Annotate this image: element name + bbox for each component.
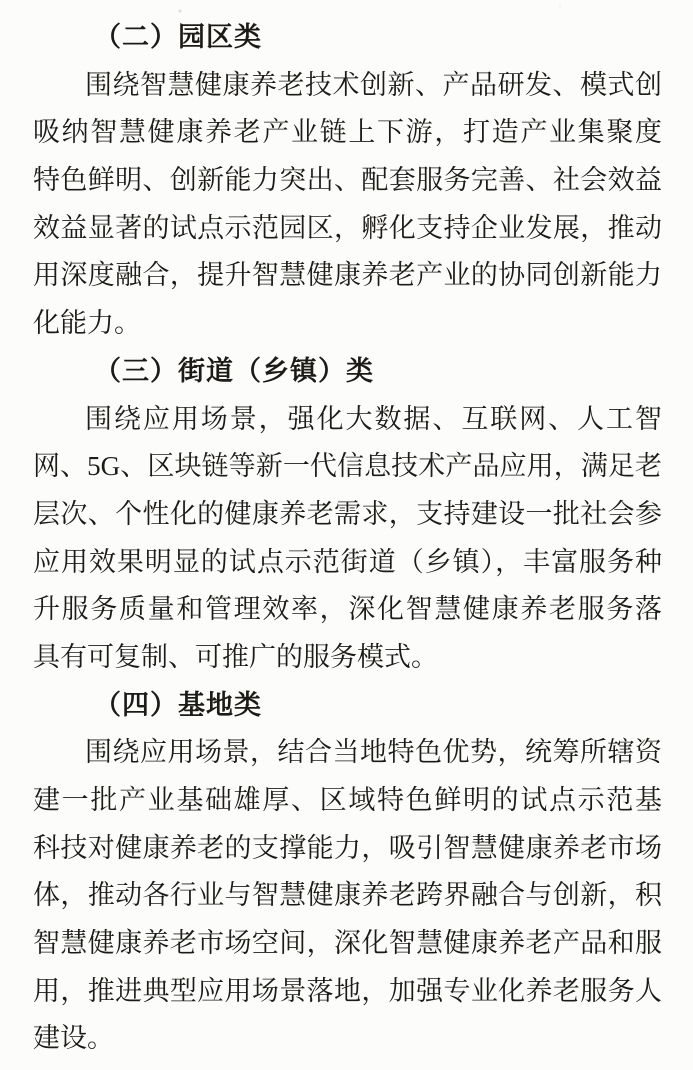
text-line: 体，推动各行业与智慧健康养老跨界融合与创新，积极拓展 [33, 872, 662, 920]
text-line: 围绕智慧健康养老技术创新、产品研发、模式创新等， [33, 62, 662, 110]
text-line: 网、5G、区块链等新一代信息技术产品应用，满足老年人多 [33, 443, 662, 491]
section-park-category: （二）园区类 围绕智慧健康养老技术创新、产品研发、模式创新等， 吸纳智慧健康养老… [33, 14, 662, 348]
text-line: 用深度融合，提升智慧健康养老产业的协同创新能力和产业 [33, 252, 662, 300]
text-line: 用，推进典型应用场景落地，加强专业化养老服务人才队伍 [33, 968, 662, 1016]
scanned-document-page: （二）园区类 围绕智慧健康养老技术创新、产品研发、模式创新等， 吸纳智慧健康养老… [0, 0, 693, 1070]
text-line: 围绕应用场景，结合当地特色优势，统筹所辖资源，创 [33, 729, 662, 777]
text-line: 围绕应用场景，强化大数据、互联网、人工智能、物联 [33, 396, 662, 444]
section-base-category: （四）基地类 围绕应用场景，结合当地特色优势，统筹所辖资源，创 建一批产业基础雄… [33, 682, 662, 1064]
text-line: 建设。 [33, 1015, 662, 1063]
text-line: 具有可复制、可推广的服务模式。 [33, 634, 662, 682]
text-line: 科技对健康养老的支撑能力，吸引智慧健康养老市场参与主 [33, 825, 662, 873]
text-line: 层次、个性化的健康养老需求，支持建设一批社会参与广泛， [33, 491, 662, 539]
section-heading: （三）街道（乡镇）类 [33, 348, 662, 396]
text-line: 吸纳智慧健康养老产业链上下游，打造产业集聚度高、发展 [33, 109, 662, 157]
section-street-township-category: （三）街道（乡镇）类 围绕应用场景，强化大数据、互联网、人工智能、物联 网、5G… [33, 348, 662, 682]
text-line: 建一批产业基础雄厚、区域特色鲜明的试点示范基地，提升 [33, 777, 662, 825]
text-line: 特色鲜明、创新能力突出、配套服务完善、社会效益和经济 [33, 157, 662, 205]
text-line: 升服务质量和管理效率，深化智慧健康养老服务落地，打造 [33, 586, 662, 634]
section-heading: （二）园区类 [33, 14, 662, 62]
section-heading: （四）基地类 [33, 682, 662, 730]
text-line: 应用效果明显的试点示范街道（乡镇），丰富服务种类，提 [33, 539, 662, 587]
text-line: 智慧健康养老市场空间，深化智慧健康养老产品和服务应 [33, 920, 662, 968]
text-line: 效益显著的试点示范园区，孵化支持企业发展，推动产学研 [33, 205, 662, 253]
text-line: 化能力。 [33, 300, 662, 348]
